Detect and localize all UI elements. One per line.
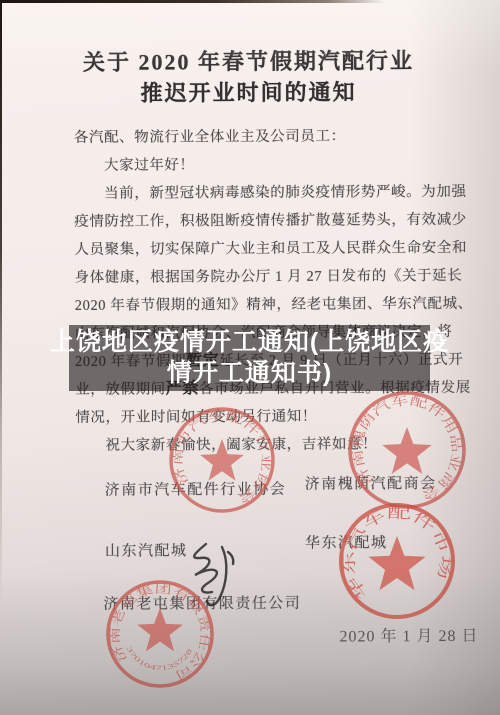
notice-date: 2020 年 1 月 28 日 [339, 623, 478, 647]
watermark-line1: 上饶地区疫情开工通知(上饶地区疫 [50, 327, 449, 358]
body-line: 当前，新型冠状病毒感染的肺炎疫情形势严峻。为加强 [74, 178, 459, 208]
notice-title-line1: 关于 2020 年春节假期汽配行业 [38, 45, 458, 78]
body-line: 2020 年春节假期的通知》精神，经老屯集团、华东汽配城、 [75, 290, 460, 320]
red-seal-jinan-association-icon: 济南市汽车配件行业协会 [166, 404, 278, 516]
body-line: 疫情防控工作，积极阻断疫情传播扩散蔓延势头，有效减少 [74, 206, 459, 236]
red-seal-huaiyin-chamber-icon: 济南槐荫汽车配件用品业商会 [344, 387, 470, 513]
star-icon [382, 427, 431, 474]
star-icon [368, 536, 425, 590]
watermark-banner: 上饶地区疫情开工通知(上饶地区疫 情开工通知书) [69, 325, 430, 391]
salutation-line: 各汽配、物流行业全体业主及公司员工： [74, 122, 459, 152]
watermark-line2: 情开工通知书) [167, 358, 332, 389]
notice-title-line2: 推迟开业时间的通知 [39, 76, 459, 109]
handwritten-signature [176, 538, 248, 624]
photo-edge-left [0, 0, 2, 715]
greeting-line: 大家过年好！ [74, 150, 459, 180]
star-icon [200, 439, 244, 481]
red-seal-parts-market-icon: 华东汽车配件市场 [334, 498, 460, 624]
body-line: 身体健康，根据国务院办公厅 1 月 27 日发布的《关于延长 [75, 262, 460, 292]
photo-of-notice-document: 关于 2020 年春节假期汽配行业 推迟开业时间的通知 各汽配、物流行业全体业主… [0, 0, 500, 715]
notice-title: 关于 2020 年春节假期汽配行业 推迟开业时间的通知 [38, 45, 458, 109]
photo-edge-top [0, 0, 385, 3]
body-line: 人员聚集，切实保障广大业主和员工及人民群众生命安全和 [74, 234, 459, 264]
